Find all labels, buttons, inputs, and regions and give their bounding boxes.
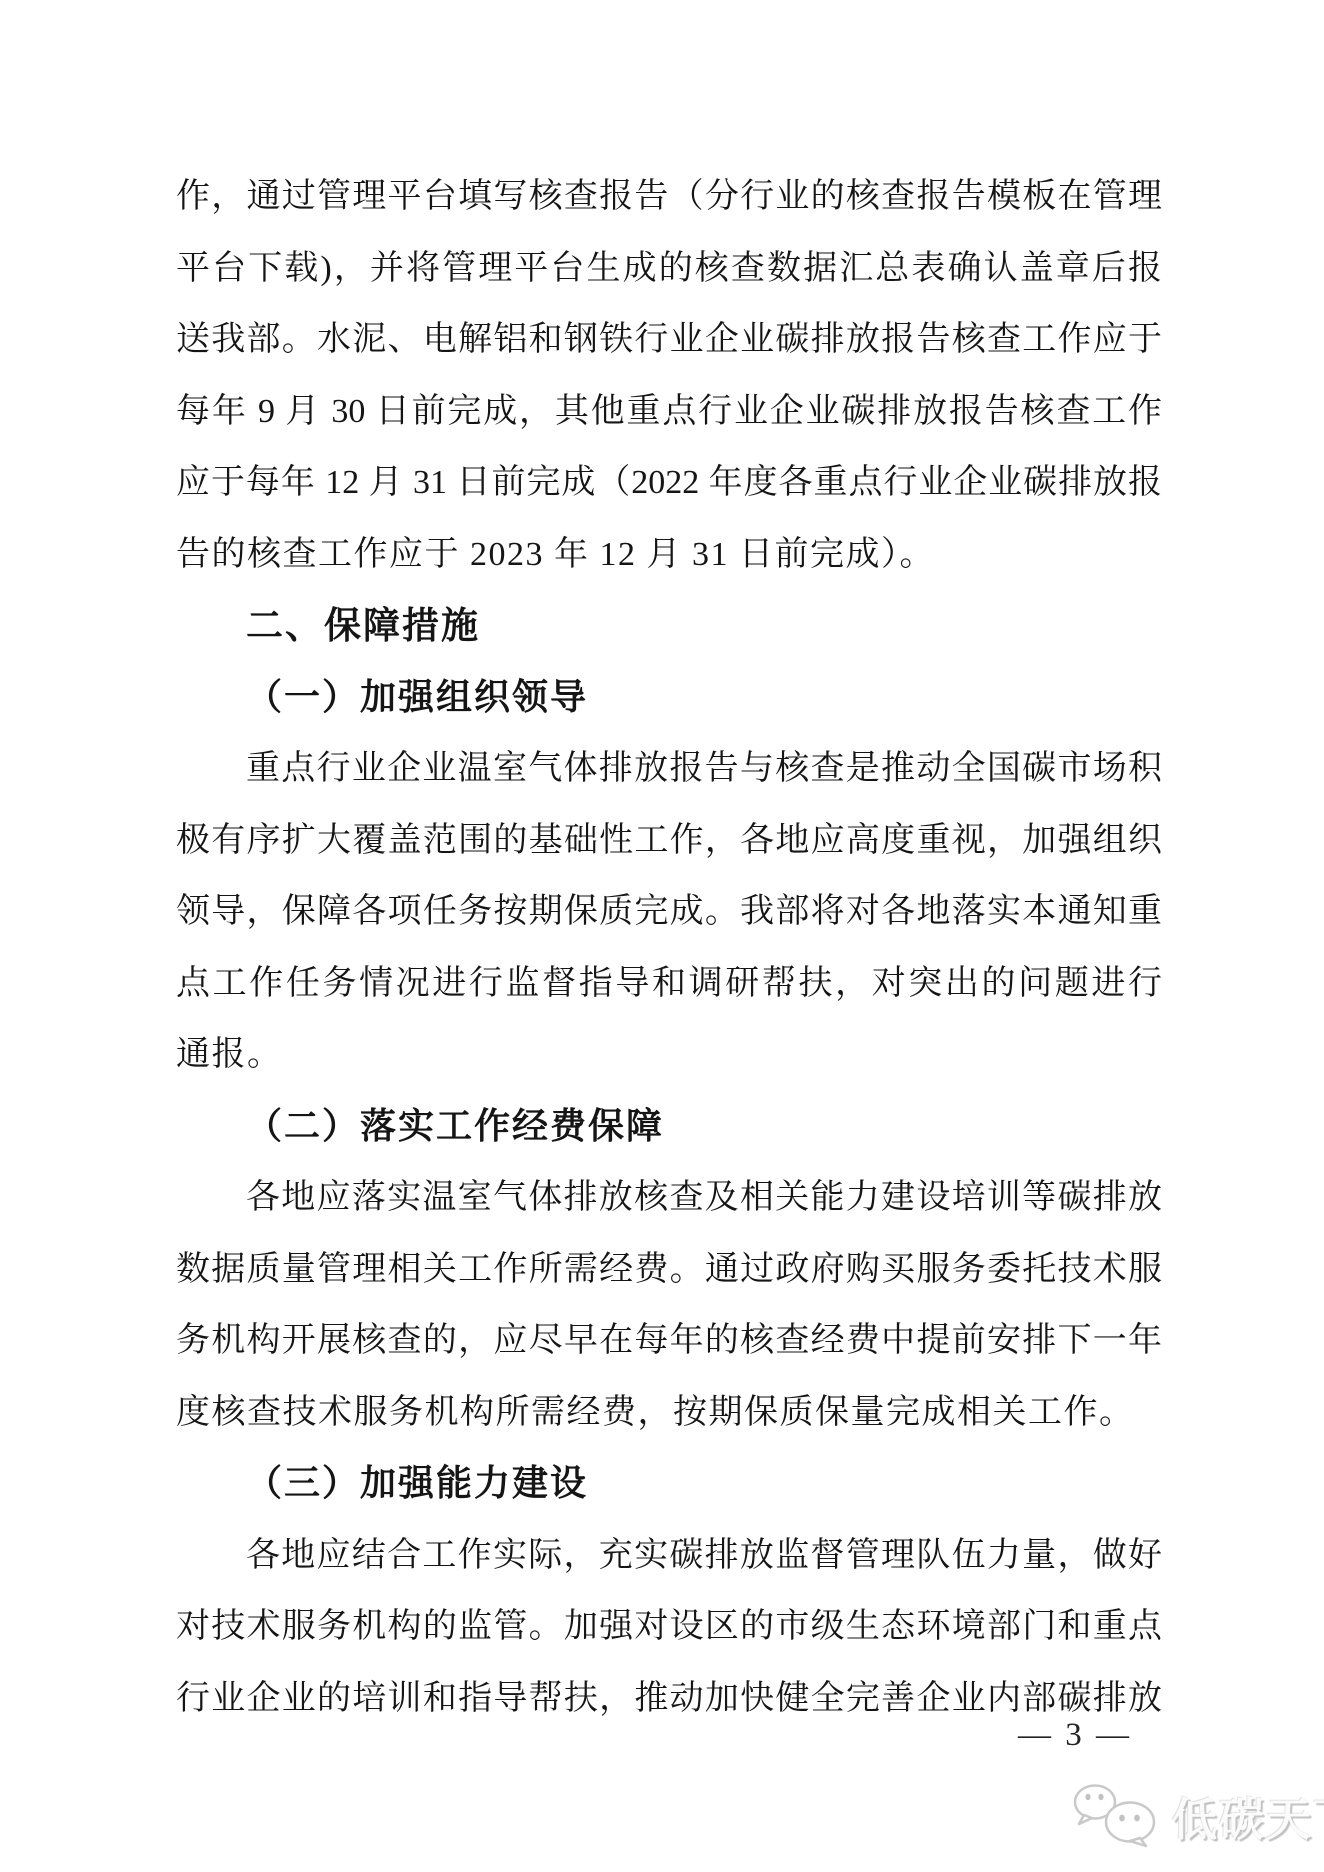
text-line: 点工作任务情况进行监督指导和调研帮扶，对突出的问题进行 [176, 948, 1162, 1020]
text-line: 每年 9 月 30 日前完成，其他重点行业企业碳排放报告核查工作 [176, 376, 1162, 448]
watermark-text: 低碳天下 [1172, 1783, 1324, 1848]
text-line: 作，通过管理平台填写核查报告（分行业的核查报告模板在管理 [176, 161, 1162, 233]
text-line: 数据质量管理相关工作所需经费。通过政府购买服务委托技术服 [176, 1234, 1162, 1306]
text-line: （三）加强能力建设 [176, 1448, 1162, 1520]
text-line: 各地应结合工作实际，充实碳排放监督管理队伍力量，做好 [176, 1520, 1162, 1592]
text-line: 送我部。水泥、电解铝和钢铁行业企业碳排放报告核查工作应于 [176, 304, 1162, 376]
document-page: 作，通过管理平台填写核查报告（分行业的核查报告模板在管理平台下载)，并将管理平台… [0, 0, 1324, 1872]
text-line: 二、保障措施 [176, 590, 1162, 662]
text-line: 重点行业企业温室气体排放报告与核查是推动全国碳市场积 [176, 733, 1162, 805]
text-line: 各地应落实温室气体排放核查及相关能力建设培训等碳排放 [176, 1162, 1162, 1234]
text-line: （一）加强组织领导 [176, 662, 1162, 734]
text-line: 务机构开展核查的，应尽早在每年的核查经费中提前安排下一年 [176, 1305, 1162, 1377]
document-body: 作，通过管理平台填写核查报告（分行业的核查报告模板在管理平台下载)，并将管理平台… [176, 161, 1162, 1734]
text-line: 度核查技术服务机构所需经费，按期保质保量完成相关工作。 [176, 1377, 1162, 1449]
text-line: 极有序扩大覆盖范围的基础性工作，各地应高度重视，加强组织 [176, 805, 1162, 877]
wechat-icon [1068, 1782, 1164, 1848]
text-line: 领导，保障各项任务按期保质完成。我部将对各地落实本通知重 [176, 876, 1162, 948]
text-line: 对技术服务机构的监管。加强对设区的市级生态环境部门和重点 [176, 1591, 1162, 1663]
text-line: 平台下载)，并将管理平台生成的核查数据汇总表确认盖章后报 [176, 233, 1162, 305]
text-line: 通报。 [176, 1019, 1162, 1091]
watermark: 低碳天下 [1068, 1782, 1324, 1848]
text-line: （二）落实工作经费保障 [176, 1091, 1162, 1163]
text-line: 告的核查工作应于 2023 年 12 月 31 日前完成）。 [176, 519, 1162, 591]
text-line: 应于每年 12 月 31 日前完成（2022 年度各重点行业企业碳排放报 [176, 447, 1162, 519]
page-number: — 3 — [1008, 1710, 1142, 1760]
